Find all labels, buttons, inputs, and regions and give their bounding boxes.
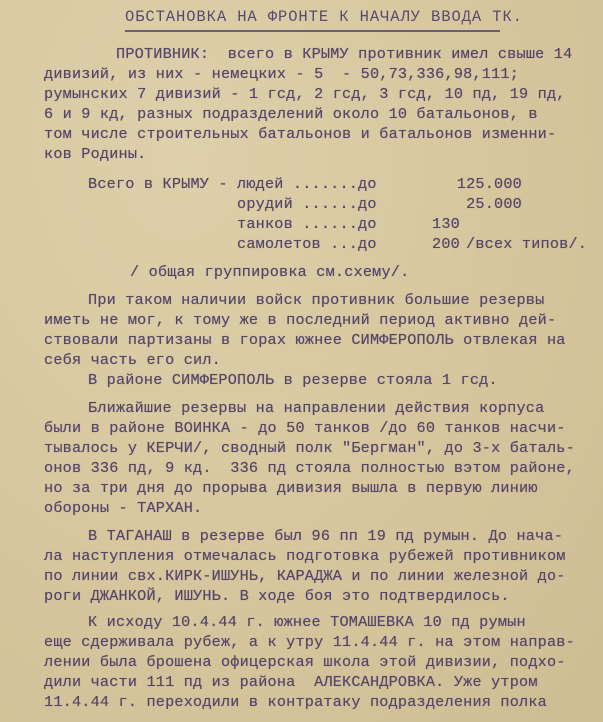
typewritten-document-page: ОБСТАНОВКА НА ФРОНТЕ К НАЧАЛУ ВВОДА ТК. …: [0, 0, 603, 722]
paragraph-enemy-line-5: том числе строительных батальонов и бата…: [44, 124, 556, 144]
grouping-footnote: / общая группировка см.схему/.: [130, 262, 409, 282]
title-underline: [125, 30, 500, 32]
document-title: ОБСТАНОВКА НА ФРОНТЕ К НАЧАЛУ ВВОДА ТК.: [125, 8, 523, 26]
paragraph-nearest-line-5: но за три дня до прорыва дивизия вышла в…: [44, 478, 538, 498]
totals-prefix: до: [358, 174, 377, 194]
paragraph-nearest-line-2: были в районе ВОИНКА - до 50 танков /до …: [44, 418, 566, 438]
paragraph-nearest-line-6: обороны - ТАРХАН.: [44, 498, 202, 518]
paragraph-enemy-line-6: ков Родины.: [44, 144, 146, 164]
totals-item-people: людей .......: [237, 174, 358, 194]
totals-prefix: до: [358, 214, 377, 234]
paragraph-enemy-line-1: ПРОТИВНИК: всего в КРЫМУ противник имел …: [116, 44, 572, 64]
paragraph-taganash-line-3: по линии свх.КИРК-ИШУНЬ, КАРАДЖА и по ли…: [44, 566, 566, 586]
totals-prefix: до: [358, 234, 377, 254]
totals-note-aircraft: /всех типов/.: [466, 234, 587, 254]
paragraph-taganash-line-2: ла наступления отмечалась подготовка руб…: [44, 546, 566, 566]
paragraph-tomashevka-line-1: К исходу 10.4.44 г. южнее ТОМАШЕВКА 10 п…: [88, 612, 526, 632]
paragraph-tomashevka-line-4: дили части 111 пд из района АЛЕКСАНДРОВК…: [44, 672, 538, 692]
totals-value-guns: 25.000: [442, 194, 522, 214]
totals-item-tanks: танков ......: [237, 214, 358, 234]
paragraph-reserves-line-3: ствовали партизаны в горах южнее СИМФЕРО…: [44, 330, 566, 350]
paragraph-reserves-line-2: иметь не мог, к тому же в последний пери…: [44, 310, 556, 330]
totals-label: Всего в КРЫМУ -: [88, 174, 228, 194]
paragraph-taganash-line-1: В ТАГАНАШ в резерве был 96 пп 19 пд румы…: [88, 526, 563, 546]
paragraph-simferopol-line-1: В районе СИМФЕРОПОЛЬ в резерве стояла 1 …: [88, 370, 498, 390]
totals-item-aircraft: самолетов ...: [237, 234, 358, 254]
paragraph-taganash-line-4: роги ДЖАНКОЙ, ИШУНЬ. В ходе боя это подт…: [44, 586, 510, 606]
totals-item-guns: орудий ......: [237, 194, 358, 214]
totals-prefix: до: [358, 194, 377, 214]
paragraph-enemy-line-3: румынских 7 дивизий - 1 гсд, 2 гсд, 3 гс…: [44, 84, 566, 104]
paragraph-tomashevka-line-2: еще сдерживала рубеж, а к утру 11.4.44 г…: [44, 632, 575, 652]
paragraph-nearest-line-4: онов 336 пд, 9 кд. 336 пд стояла полност…: [44, 458, 575, 478]
paragraph-reserves-line-4: себя часть его сил.: [44, 350, 221, 370]
paragraph-reserves-line-1: При таком наличии войск противник больши…: [88, 290, 544, 310]
totals-value-aircraft: 200: [420, 234, 460, 254]
paragraph-tomashevka-line-3: лении была брошена офицерская школа этой…: [44, 652, 566, 672]
paragraph-tomashevka-line-5: 11.4.44 г. переходили в контратаку подра…: [44, 692, 547, 712]
paragraph-enemy-line-4: 6 и 9 кд, разных подразделений около 10 …: [44, 104, 538, 124]
paragraph-nearest-line-1: Ближайшие резервы на направлении действи…: [88, 398, 544, 418]
totals-value-tanks: 130: [420, 214, 460, 234]
totals-value-people: 125.000: [442, 174, 522, 194]
paragraph-nearest-line-3: тывалось у КЕРЧИ/, сводный полк "Бергман…: [44, 438, 575, 458]
paragraph-enemy-line-2: дивизий, из них - немецких - 5 - 50,73,3…: [44, 64, 519, 84]
